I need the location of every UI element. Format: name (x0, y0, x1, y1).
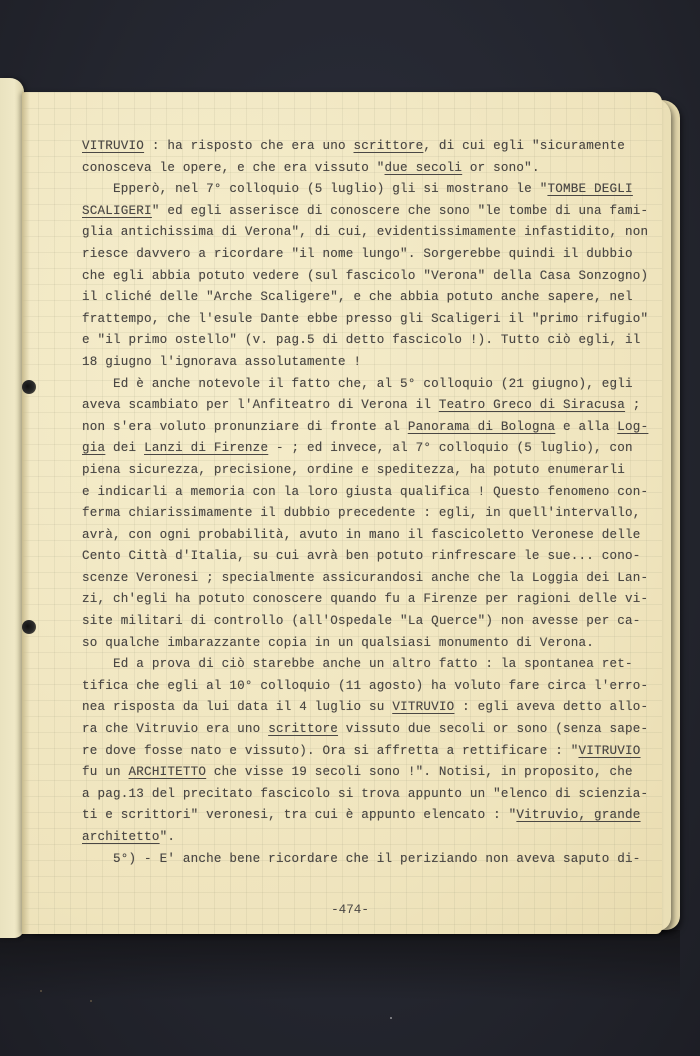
text-line: VITRUVIO : ha risposto che era uno scrit… (82, 136, 642, 158)
text-segment: Ed è anche notevole il fatto che, al 5° … (113, 377, 633, 391)
text-line: ti e scrittori" veronesi, tra cui è appu… (82, 805, 642, 827)
page-number: -474- (0, 903, 700, 917)
text-segment: a pag.13 del precitato fascicolo si trov… (82, 787, 648, 801)
text-line: Epperò, nel 7° colloquio (5 luglio) gli … (82, 179, 642, 201)
text-line: avrà, con ogni probabilità, avuto in man… (82, 525, 642, 547)
underlined-text: VITRUVIO (392, 700, 454, 714)
text-line: zi, ch'egli ha potuto conoscere quando f… (82, 589, 642, 611)
text-line: nea risposta da lui data il 4 luglio su … (82, 697, 642, 719)
text-line: e "il primo ostello" (v. pag.5 di detto … (82, 330, 642, 352)
text-line: a pag.13 del precitato fascicolo si trov… (82, 784, 642, 806)
text-segment: che visse 19 secoli sono !". Notisi, in … (206, 765, 633, 779)
text-line: ra che Vitruvio era uno scrittore vissut… (82, 719, 642, 741)
underlined-text: scrittore (354, 139, 424, 153)
underlined-text: VITRUVIO (578, 744, 640, 758)
punch-hole-icon (22, 380, 36, 394)
text-segment: ". (160, 830, 176, 844)
underlined-text: gia (82, 441, 105, 455)
underlined-text: scrittore (268, 722, 338, 736)
text-segment: ra che Vitruvio era uno (82, 722, 268, 736)
document-body: VITRUVIO : ha risposto che era uno scrit… (82, 136, 642, 870)
text-segment: zi, ch'egli ha potuto conoscere quando f… (82, 592, 648, 606)
text-segment: dei (105, 441, 144, 455)
page-binding-shadow (22, 92, 30, 934)
text-segment: non s'era voluto pronunziare di fronte a… (82, 420, 408, 434)
text-segment: : ha risposto che era uno (144, 139, 353, 153)
underlined-text: Vitruvio, grande (516, 808, 640, 822)
text-segment: " ed egli asserisce di conoscere che son… (152, 204, 648, 218)
text-segment: vissuto due secoli or sono (senza sape- (338, 722, 648, 736)
text-line: piena sicurezza, precisione, ordine e sp… (82, 460, 642, 482)
text-segment: Cento Città d'Italia, su cui avrà ben po… (82, 549, 641, 563)
text-segment: riesce davvero a ricordare "il nome lung… (82, 247, 633, 261)
underlined-text: architetto (82, 830, 160, 844)
text-line: fu un ARCHITETTO che visse 19 secoli son… (82, 762, 642, 784)
left-page-edge (0, 78, 24, 938)
text-segment: il cliché delle "Arche Scaligere", e che… (82, 290, 633, 304)
text-segment: site militari di controllo (all'Ospedale… (82, 614, 641, 628)
text-line: conosceva le opere, e che era vissuto "d… (82, 158, 642, 180)
text-line: e indicarli a memoria con la loro giusta… (82, 482, 642, 504)
text-line: gia dei Lanzi di Firenze - ; ed invece, … (82, 438, 642, 460)
text-segment: ferma chiarissimamente il dubbio precede… (82, 506, 641, 520)
underlined-text: Lanzi di Firenze (144, 441, 268, 455)
text-line: re dove fosse nato e vissuto). Ora si af… (82, 741, 642, 763)
underlined-text: due secoli (385, 161, 463, 175)
underlined-text: ARCHITETTO (129, 765, 207, 779)
underlined-text: VITRUVIO (82, 139, 144, 153)
text-line: SCALIGERI" ed egli asserisce di conoscer… (82, 201, 642, 223)
text-line: scenze Veronesi ; specialmente assicuran… (82, 568, 642, 590)
underlined-text: TOMBE DEGLI (547, 182, 632, 196)
text-segment: frattempo, che l'esule Dante ebbe presso… (82, 312, 648, 326)
text-line: il cliché delle "Arche Scaligere", e che… (82, 287, 642, 309)
text-line: 18 giugno l'ignorava assolutamente ! (82, 352, 642, 374)
text-segment: so qualche imbarazzante copia in un qual… (82, 636, 594, 650)
text-segment: glia antichissima di Verona", di cui, ev… (82, 225, 648, 239)
text-line: riesce davvero a ricordare "il nome lung… (82, 244, 642, 266)
text-segment: aveva scambiato per l'Anfiteatro di Vero… (82, 398, 439, 412)
text-segment: avrà, con ogni probabilità, avuto in man… (82, 528, 641, 542)
table-shadow (0, 930, 680, 1000)
text-segment: : egli aveva detto allo- (454, 700, 648, 714)
text-segment: ; (625, 398, 641, 412)
text-segment: - ; ed invece, al 7° colloquio (5 luglio… (268, 441, 633, 455)
text-line: aveva scambiato per l'Anfiteatro di Vero… (82, 395, 642, 417)
text-segment: fu un (82, 765, 129, 779)
text-segment: che egli abbia potuto vedere (sul fascic… (82, 269, 648, 283)
text-segment: Ed a prova di ciò starebbe anche un altr… (113, 657, 633, 671)
text-segment: piena sicurezza, precisione, ordine e sp… (82, 463, 625, 477)
text-line: architetto". (82, 827, 642, 849)
text-line: che egli abbia potuto vedere (sul fascic… (82, 266, 642, 288)
text-segment: 5°) - E' anche bene ricordare che il per… (113, 852, 641, 866)
text-segment: or sono". (462, 161, 540, 175)
dust-speck (90, 1000, 92, 1002)
text-segment: e indicarli a memoria con la loro giusta… (82, 485, 648, 499)
text-segment: conosceva le opere, e che era vissuto " (82, 161, 385, 175)
text-segment: 18 giugno l'ignorava assolutamente ! (82, 355, 361, 369)
text-segment: scenze Veronesi ; specialmente assicuran… (82, 571, 648, 585)
text-segment: e "il primo ostello" (v. pag.5 di detto … (82, 333, 641, 347)
text-segment: nea risposta da lui data il 4 luglio su (82, 700, 392, 714)
underlined-text: Log- (617, 420, 648, 434)
underlined-text: Teatro Greco di Siracusa (439, 398, 625, 412)
underlined-text: Panorama di Bologna (408, 420, 555, 434)
dust-speck (40, 990, 42, 992)
text-line: Ed è anche notevole il fatto che, al 5° … (82, 374, 642, 396)
text-segment: , di cui egli "sicuramente (423, 139, 625, 153)
text-line: 5°) - E' anche bene ricordare che il per… (82, 849, 642, 871)
dust-speck (390, 1017, 392, 1019)
text-line: Cento Città d'Italia, su cui avrà ben po… (82, 546, 642, 568)
text-segment: re dove fosse nato e vissuto). Ora si af… (82, 744, 578, 758)
text-line: non s'era voluto pronunziare di fronte a… (82, 417, 642, 439)
text-segment: ti e scrittori" veronesi, tra cui è appu… (82, 808, 516, 822)
text-line: frattempo, che l'esule Dante ebbe presso… (82, 309, 642, 331)
underlined-text: SCALIGERI (82, 204, 152, 218)
text-line: so qualche imbarazzante copia in un qual… (82, 633, 642, 655)
text-line: tifica che egli al 10° colloquio (11 ago… (82, 676, 642, 698)
text-line: glia antichissima di Verona", di cui, ev… (82, 222, 642, 244)
punch-hole-icon (22, 620, 36, 634)
text-line: ferma chiarissimamente il dubbio precede… (82, 503, 642, 525)
text-segment: Epperò, nel 7° colloquio (5 luglio) gli … (113, 182, 547, 196)
text-segment: tifica che egli al 10° colloquio (11 ago… (82, 679, 648, 693)
text-line: site militari di controllo (all'Ospedale… (82, 611, 642, 633)
text-segment: e alla (555, 420, 617, 434)
text-line: Ed a prova di ciò starebbe anche un altr… (82, 654, 642, 676)
